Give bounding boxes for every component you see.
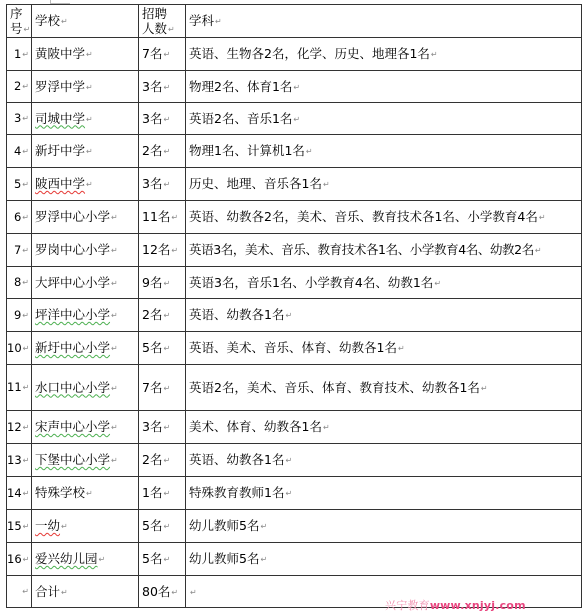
row-school: 特殊学校↵ (32, 477, 139, 510)
row-count: 2名↵ (139, 299, 186, 332)
paragraph-mark-icon: ↵ (22, 50, 29, 59)
paragraph-mark-icon: ↵ (260, 555, 267, 564)
paragraph-mark-icon: ↵ (22, 587, 29, 596)
table-row: 10↵ 新圩中心小学↵ 5名↵ 英语、美术、音乐、体育、幼教各1名↵ (7, 332, 582, 365)
paragraph-mark-icon: ↵ (434, 279, 441, 288)
seq-value: 9 (14, 308, 21, 322)
row-subjects: 特殊教育教师1名↵ (186, 477, 582, 510)
paragraph-mark-icon: ↵ (535, 246, 541, 255)
row-subjects: 幼儿教师5名↵ (186, 510, 582, 543)
paragraph-mark-icon: ↵ (163, 83, 170, 92)
seq-value: 2 (14, 79, 21, 93)
row-school: 陂西中学↵ (32, 168, 139, 201)
paragraph-mark-icon: ↵ (111, 213, 118, 222)
row-seq: 14↵ (7, 477, 32, 510)
row-seq: 8↵ (7, 267, 32, 299)
row-count: 5名↵ (139, 510, 186, 543)
table-row: 1↵ 黄陂中学↵ 7名↵ 英语、生物各2名，化学、历史、地理各1名↵ (7, 38, 582, 71)
seq-value: 6 (14, 210, 21, 224)
row-seq: 12↵ (7, 411, 32, 444)
paragraph-mark-icon: ↵ (163, 344, 170, 353)
row-school: 黄陂中学↵ (32, 38, 139, 71)
row-school: 宋声中心小学↵ (32, 411, 139, 444)
paragraph-mark-icon: ↵ (23, 555, 30, 564)
paragraph-mark-icon: ↵ (481, 384, 488, 393)
school-name: 罗岗中心小学 (35, 242, 110, 257)
seq-value: 11 (7, 380, 22, 394)
paragraph-mark-icon: ↵ (23, 489, 30, 498)
row-subjects: 英语、美术、音乐、体育、幼教各1名↵ (186, 332, 582, 365)
count-value: 7名 (142, 46, 162, 61)
row-school: 新圩中心小学↵ (32, 332, 139, 365)
header-count-line2: 人数 (142, 21, 167, 36)
subjects-text: 英语、生物各2名，化学、历史、地理各1名 (189, 46, 430, 61)
paragraph-mark-icon: ↵ (61, 522, 68, 531)
count-value: 5名 (142, 340, 162, 355)
row-seq: 2↵ (7, 71, 32, 103)
paragraph-mark-icon: ↵ (24, 25, 31, 34)
seq-value: 7 (14, 243, 21, 257)
row-count: 7名↵ (139, 365, 186, 411)
subjects-text: 英语3名，美术、音乐、教育技术各1名、小学教育4名、幼教2名 (189, 242, 534, 257)
row-school: 罗浮中心小学↵ (32, 201, 139, 234)
school-name: 一幼 (35, 518, 60, 533)
paragraph-mark-icon: ↵ (293, 83, 300, 92)
seq-value: 16 (7, 552, 22, 566)
paragraph-mark-icon: ↵ (539, 213, 546, 222)
count-value: 9名 (142, 275, 162, 290)
paragraph-mark-icon: ↵ (323, 423, 330, 432)
paragraph-mark-icon: ↵ (23, 522, 30, 531)
row-count: 2名↵ (139, 135, 186, 168)
subjects-text: 美术、体育、幼教各1名 (189, 419, 322, 434)
paragraph-mark-icon: ↵ (23, 383, 30, 392)
paragraph-mark-icon: ↵ (111, 384, 118, 393)
paragraph-mark-icon: ↵ (23, 423, 30, 432)
table-row: 14↵ 特殊学校↵ 1名↵ 特殊教育教师1名↵ (7, 477, 582, 510)
header-school-label: 学校 (35, 13, 60, 28)
seq-value: 5 (14, 177, 21, 191)
paragraph-mark-icon: ↵ (293, 115, 300, 124)
row-seq: 9↵ (7, 299, 32, 332)
row-seq: 16↵ (7, 543, 32, 576)
subjects-text: 英语、幼教各2名，美术、音乐、教育技术各1名、小学教育4名 (189, 209, 538, 224)
paragraph-mark-icon: ↵ (22, 114, 29, 123)
table-row: 11↵ 水口中心小学↵ 7名↵ 英语2名，美术、音乐、体育、教育技术、幼教各1名… (7, 365, 582, 411)
paragraph-mark-icon: ↵ (398, 344, 405, 353)
paragraph-mark-icon: ↵ (111, 423, 118, 432)
row-school: 司城中学↵ (32, 103, 139, 135)
row-subjects: 英语2名，美术、音乐、体育、教育技术、幼教各1名↵ (186, 365, 582, 411)
paragraph-mark-icon: ↵ (86, 147, 93, 156)
row-subjects: 物理2名、体育1名↵ (186, 71, 582, 103)
table-row: 9↵ 坪洋中心小学↵ 2名↵ 英语、幼教各1名↵ (7, 299, 582, 332)
count-value: 1名 (142, 485, 162, 500)
row-seq: 11↵ (7, 365, 32, 411)
site-watermark: 兴宁教育www.xnjyj.com (385, 597, 526, 611)
row-subjects: 英语、生物各2名，化学、历史、地理各1名↵ (186, 38, 582, 71)
row-school: 大坪中心小学↵ (32, 267, 139, 299)
row-seq: 10↵ (7, 332, 32, 365)
table-row: 7↵ 罗岗中心小学↵ 12名↵ 英语3名，美术、音乐、教育技术各1名、小学教育4… (7, 234, 582, 267)
school-name: 司城中学 (35, 111, 85, 126)
row-count: 3名↵ (139, 71, 186, 103)
row-subjects: 历史、地理、音乐各1名↵ (186, 168, 582, 201)
paragraph-mark-icon: ↵ (171, 213, 178, 222)
subjects-text: 英语、美术、音乐、体育、幼教各1名 (189, 340, 397, 355)
paragraph-mark-icon: ↵ (168, 25, 175, 34)
row-seq: 4↵ (7, 135, 32, 168)
row-count: 5名↵ (139, 332, 186, 365)
row-subjects: 英语3名，音乐1名、小学教育4名、幼教1名↵ (186, 267, 582, 299)
paragraph-mark-icon: ↵ (23, 344, 30, 353)
row-subjects: 物理1名、计算机1名↵ (186, 135, 582, 168)
paragraph-mark-icon: ↵ (431, 50, 438, 59)
paragraph-mark-icon: ↵ (22, 311, 29, 320)
subjects-text: 英语、幼教各1名 (189, 452, 284, 467)
paragraph-mark-icon: ↵ (163, 423, 170, 432)
seq-value: 1 (14, 47, 21, 61)
header-seq: 序 号↵ (7, 5, 32, 38)
row-count: 7名↵ (139, 38, 186, 71)
paragraph-mark-icon: ↵ (99, 555, 106, 564)
table-row: 4↵ 新圩中学↵ 2名↵ 物理1名、计算机1名↵ (7, 135, 582, 168)
paragraph-mark-icon: ↵ (163, 311, 170, 320)
school-name: 新圩中学 (35, 143, 85, 158)
subjects-text: 历史、地理、音乐各1名 (189, 176, 322, 191)
header-school: 学校↵ (32, 5, 139, 38)
count-value: 5名 (142, 518, 162, 533)
row-count: 2名↵ (139, 444, 186, 477)
subjects-text: 特殊教育教师1名 (189, 485, 284, 500)
paragraph-mark-icon: ↵ (22, 278, 29, 287)
row-count: 11名↵ (139, 201, 186, 234)
subjects-text: 英语3名，音乐1名、小学教育4名、幼教1名 (189, 275, 433, 290)
paragraph-mark-icon: ↵ (22, 180, 29, 189)
row-seq: 7↵ (7, 234, 32, 267)
paragraph-mark-icon: ↵ (61, 588, 68, 597)
row-subjects: 幼儿教师5名↵ (186, 543, 582, 576)
table-row: 16↵ 爱兴幼儿园↵ 5名↵ 幼儿教师5名↵ (7, 543, 582, 576)
paragraph-mark-icon: ↵ (86, 489, 93, 498)
count-value: 3名 (142, 419, 162, 434)
paragraph-mark-icon: ↵ (23, 456, 30, 465)
row-school: 新圩中学↵ (32, 135, 139, 168)
total-count-cell: 80名↵ (139, 576, 186, 608)
paragraph-mark-icon: ↵ (285, 311, 292, 320)
row-school: 罗岗中心小学↵ (32, 234, 139, 267)
paragraph-mark-icon: ↵ (163, 555, 170, 564)
row-count: 3名↵ (139, 103, 186, 135)
seq-value: 15 (7, 519, 22, 533)
subjects-text: 英语2名、音乐1名 (189, 111, 292, 126)
count-value: 2名 (142, 307, 162, 322)
table-row: 13↵ 下堡中心小学↵ 2名↵ 英语、幼教各1名↵ (7, 444, 582, 477)
row-seq: 1↵ (7, 38, 32, 71)
watermark-url: www.xnjyj.com (430, 599, 526, 611)
paragraph-mark-icon: ↵ (285, 456, 292, 465)
paragraph-mark-icon: ↵ (111, 311, 118, 320)
total-count: 80名 (142, 584, 170, 599)
row-subjects: 英语2名、音乐1名↵ (186, 103, 582, 135)
paragraph-mark-icon: ↵ (86, 115, 93, 124)
table-row: 12↵ 宋声中心小学↵ 3名↵ 美术、体育、幼教各1名↵ (7, 411, 582, 444)
school-name: 爱兴幼儿园 (35, 551, 98, 566)
subjects-text: 英语、幼教各1名 (189, 307, 284, 322)
row-count: 3名↵ (139, 168, 186, 201)
subjects-text: 物理1名、计算机1名 (189, 143, 305, 158)
paragraph-mark-icon: ↵ (86, 180, 93, 189)
count-value: 11名 (142, 209, 170, 224)
school-name: 特殊学校 (35, 485, 85, 500)
row-subjects: 英语、幼教各1名↵ (186, 444, 582, 477)
paragraph-mark-icon: ↵ (163, 50, 170, 59)
seq-value: 12 (7, 420, 22, 434)
table-row: 3↵ 司城中学↵ 3名↵ 英语2名、音乐1名↵ (7, 103, 582, 135)
table-header-row: 序 号↵ 学校↵ 招聘 人数↵ 学科↵ (7, 5, 582, 38)
row-seq: 15↵ (7, 510, 32, 543)
paragraph-mark-icon: ↵ (86, 50, 93, 59)
paragraph-mark-icon: ↵ (285, 489, 292, 498)
paragraph-mark-icon: ↵ (111, 344, 118, 353)
paragraph-mark-icon: ↵ (22, 246, 29, 255)
paragraph-mark-icon: ↵ (22, 82, 29, 91)
header-seq-line1: 序 (10, 6, 29, 21)
paragraph-mark-icon: ↵ (163, 115, 170, 124)
paragraph-mark-icon: ↵ (260, 522, 267, 531)
row-count: 12名↵ (139, 234, 186, 267)
count-value: 3名 (142, 111, 162, 126)
seq-value: 13 (7, 453, 22, 467)
row-seq: 5↵ (7, 168, 32, 201)
table-row: 8↵ 大坪中心小学↵ 9名↵ 英语3名，音乐1名、小学教育4名、幼教1名↵ (7, 267, 582, 299)
row-school: 坪洋中心小学↵ (32, 299, 139, 332)
paragraph-mark-icon: ↵ (163, 147, 170, 156)
paragraph-mark-icon: ↵ (111, 279, 118, 288)
total-seq: ↵ (7, 576, 32, 608)
school-name: 新圩中心小学 (35, 340, 110, 355)
total-label-cell: 合计↵ (32, 576, 139, 608)
paragraph-mark-icon: ↵ (163, 384, 170, 393)
paragraph-mark-icon: ↵ (163, 279, 170, 288)
paragraph-mark-icon: ↵ (306, 147, 313, 156)
row-seq: 3↵ (7, 103, 32, 135)
school-name: 黄陂中学 (35, 46, 85, 61)
paragraph-mark-icon: ↵ (86, 83, 93, 92)
school-name: 下堡中心小学 (35, 452, 110, 467)
table-row: 6↵ 罗浮中心小学↵ 11名↵ 英语、幼教各2名，美术、音乐、教育技术各1名、小… (7, 201, 582, 234)
table-row: 15↵ 一幼↵ 5名↵ 幼儿教师5名↵ (7, 510, 582, 543)
row-school: 罗浮中学↵ (32, 71, 139, 103)
seq-value: 14 (7, 486, 22, 500)
paragraph-mark-icon: ↵ (171, 588, 178, 597)
row-seq: 6↵ (7, 201, 32, 234)
paragraph-mark-icon: ↵ (215, 17, 222, 26)
paragraph-mark-icon: ↵ (163, 522, 170, 531)
count-value: 7名 (142, 380, 162, 395)
paragraph-mark-icon: ↵ (111, 456, 118, 465)
paragraph-mark-icon: ↵ (22, 213, 29, 222)
row-school: 下堡中心小学↵ (32, 444, 139, 477)
header-subjects-label: 学科 (189, 13, 214, 28)
paragraph-mark-icon: ↵ (171, 246, 178, 255)
subjects-text: 英语2名，美术、音乐、体育、教育技术、幼教各1名 (189, 380, 480, 395)
row-subjects: 美术、体育、幼教各1名↵ (186, 411, 582, 444)
table-row: 5↵ 陂西中学↵ 3名↵ 历史、地理、音乐各1名↵ (7, 168, 582, 201)
total-label: 合计 (35, 584, 60, 599)
paragraph-mark-icon: ↵ (190, 588, 197, 597)
row-count: 3名↵ (139, 411, 186, 444)
header-count: 招聘 人数↵ (139, 5, 186, 38)
row-seq: 13↵ (7, 444, 32, 477)
row-school: 水口中心小学↵ (32, 365, 139, 411)
row-count: 5名↵ (139, 543, 186, 576)
header-count-line1: 招聘 (142, 6, 185, 21)
count-value: 2名 (142, 143, 162, 158)
school-name: 罗浮中心小学 (35, 209, 110, 224)
seq-value: 3 (14, 111, 21, 125)
count-value: 12名 (142, 242, 170, 257)
row-subjects: 英语、幼教各1名↵ (186, 299, 582, 332)
recruitment-table: 序 号↵ 学校↵ 招聘 人数↵ 学科↵ 1↵ 黄陂中学↵ 7名↵ 英语、生物各2… (6, 4, 582, 608)
row-school: 一幼↵ (32, 510, 139, 543)
count-value: 3名 (142, 79, 162, 94)
paragraph-mark-icon: ↵ (323, 180, 330, 189)
paragraph-mark-icon: ↵ (163, 456, 170, 465)
school-name: 陂西中学 (35, 176, 85, 191)
row-subjects: 英语、幼教各2名，美术、音乐、教育技术各1名、小学教育4名↵ (186, 201, 582, 234)
row-count: 1名↵ (139, 477, 186, 510)
school-name: 大坪中心小学 (35, 275, 110, 290)
header-subjects: 学科↵ (186, 5, 582, 38)
subjects-text: 物理2名、体育1名 (189, 79, 292, 94)
school-name: 宋声中心小学 (35, 419, 110, 434)
count-value: 2名 (142, 452, 162, 467)
seq-value: 10 (7, 341, 22, 355)
count-value: 3名 (142, 176, 162, 191)
row-subjects: 英语3名，美术、音乐、教育技术各1名、小学教育4名、幼教2名↵ (186, 234, 582, 267)
row-count: 9名↵ (139, 267, 186, 299)
paragraph-mark-icon: ↵ (163, 180, 170, 189)
table-row: 2↵ 罗浮中学↵ 3名↵ 物理2名、体育1名↵ (7, 71, 582, 103)
paragraph-mark-icon: ↵ (163, 489, 170, 498)
count-value: 5名 (142, 551, 162, 566)
subjects-text: 幼儿教师5名 (189, 518, 259, 533)
school-name: 水口中心小学 (35, 380, 110, 395)
paragraph-mark-icon: ↵ (61, 17, 68, 26)
paragraph-mark-icon: ↵ (22, 147, 29, 156)
school-name: 坪洋中心小学 (35, 307, 110, 322)
seq-value: 8 (14, 275, 21, 289)
school-name: 罗浮中学 (35, 79, 85, 94)
seq-value: 4 (14, 144, 21, 158)
row-school: 爱兴幼儿园↵ (32, 543, 139, 576)
header-seq-line2: 号 (10, 21, 23, 36)
watermark-cn: 兴宁教育 (385, 599, 430, 611)
subjects-text: 幼儿教师5名 (189, 551, 259, 566)
paragraph-mark-icon: ↵ (111, 246, 118, 255)
